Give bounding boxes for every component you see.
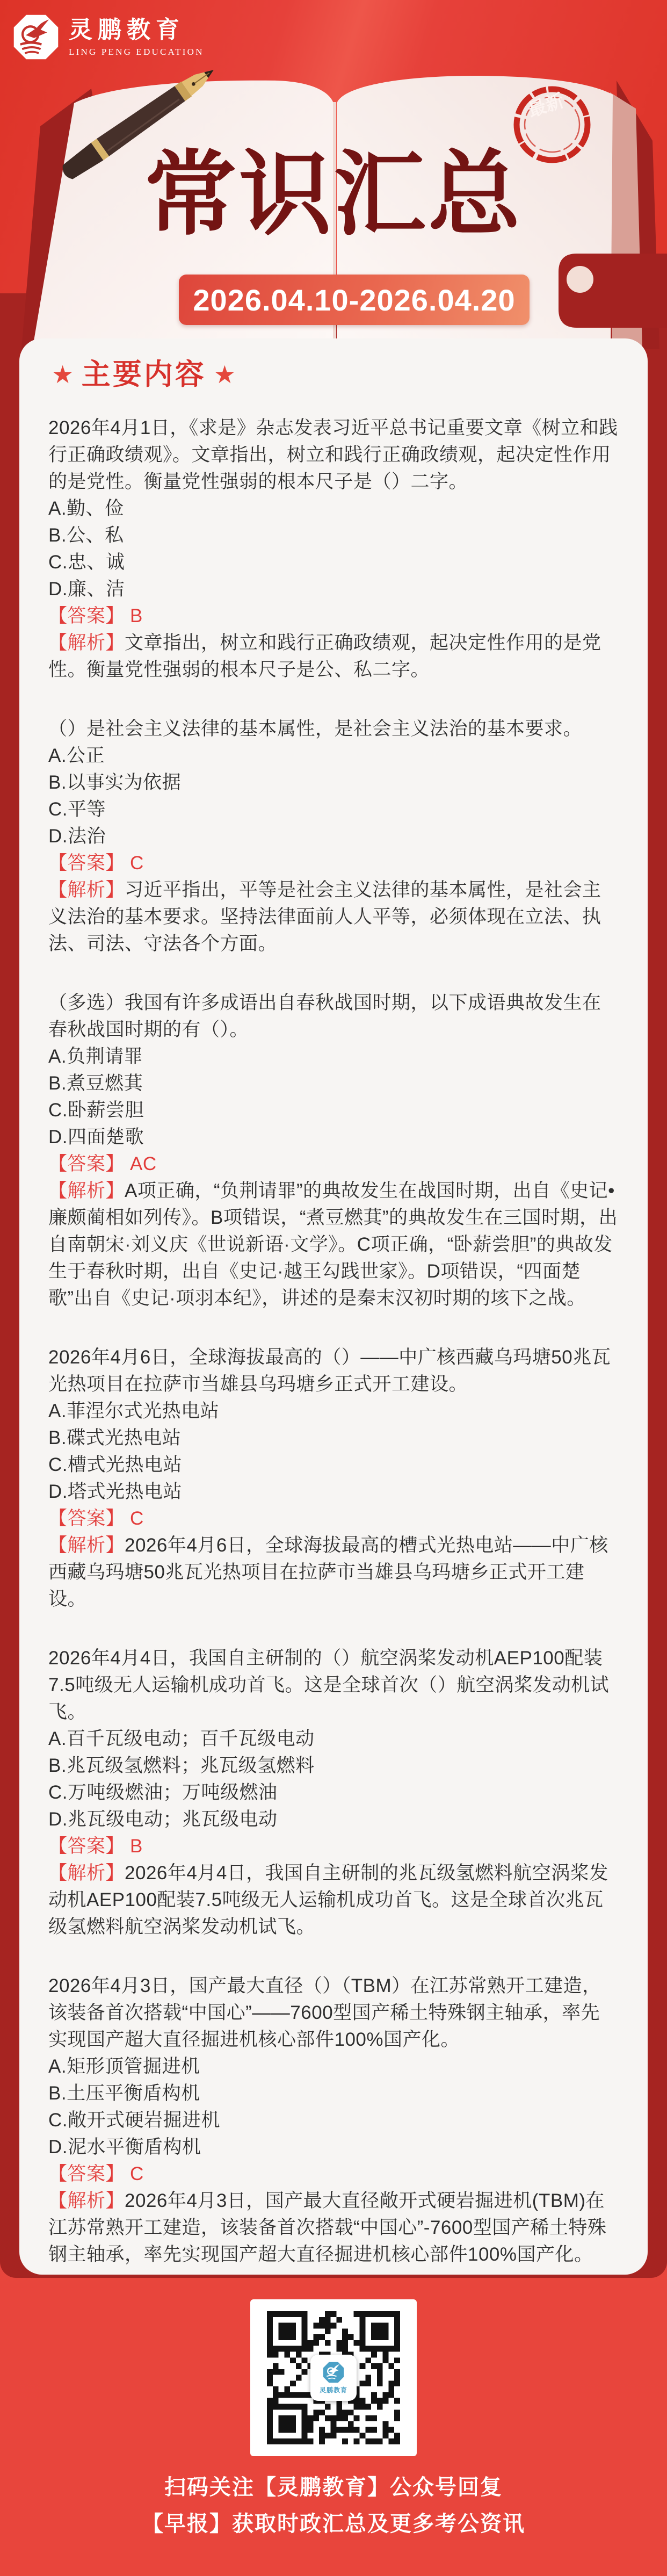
analysis-label: 【解析】 — [48, 1180, 125, 1201]
date-range-text: 2026.04.10-2026.04.20 — [193, 283, 515, 318]
question-option: A.矩形顶管掘进机 — [48, 2053, 619, 2080]
qr-card: 灵鹏教育 — [250, 2299, 417, 2456]
question-option: C.平等 — [48, 796, 619, 823]
section-header: ★ 主要内容 ★ — [52, 360, 619, 389]
question-option: A.勤、俭 — [48, 495, 619, 522]
analysis-text: 2026年4月3日，国产最大直径敞开式硬岩掘进机(TBM)在江苏常熟开工建造，该… — [48, 2190, 606, 2265]
question-option: A.公正 — [48, 742, 619, 769]
analysis-label: 【解析】 — [48, 879, 125, 900]
qr-logo-chip: 灵鹏教育 — [310, 2355, 357, 2401]
answer-line: 【答案】C — [48, 2161, 619, 2188]
qr-code: 灵鹏教育 — [267, 2311, 400, 2444]
question-option: C.槽式光热电站 — [48, 1452, 619, 1478]
answer-label: 【答案】 — [48, 853, 125, 874]
section-title: 主要内容 — [82, 360, 206, 389]
analysis-line: 【解析】习近平指出，平等是社会主义法律的基本属性，是社会主义法治的基本要求。坚持… — [48, 877, 619, 957]
question-intro: 2026年4月4日，我国自主研制的（）航空涡桨发动机AEP100配装7.5吨级无… — [48, 1645, 619, 1726]
answer-line: 【答案】C — [48, 1505, 619, 1532]
analysis-text: 文章指出，树立和践行正确政绩观，起决定性作用的是党性。衡量党性强弱的根本尺子是公… — [48, 632, 601, 680]
questions-list: 2026年4月1日，《求是》杂志发表习近平总书记重要文章《树立和践行正确政绩观》… — [48, 415, 619, 2268]
answer-value: B — [130, 605, 143, 626]
answer-label: 【答案】 — [48, 2163, 125, 2184]
question-option: B.碟式光热电站 — [48, 1425, 619, 1452]
question-option: B.公、私 — [48, 522, 619, 549]
question-intro: （多选）我国有许多成语出自春秋战国时期，以下成语典故发生在春秋战国时期的有（）。 — [48, 990, 619, 1043]
analysis-text: 习近平指出，平等是社会主义法律的基本属性，是社会主义法治的基本要求。坚持法律面前… — [48, 879, 601, 954]
date-range-badge: 2026.04.10-2026.04.20 — [179, 275, 530, 325]
analysis-text: A项正确，“负荆请罪”的典故发生在战国时期，出自《史记•廉颇蔺相如列传》。B项错… — [48, 1180, 618, 1309]
question-option: D.泥水平衡盾构机 — [48, 2134, 619, 2161]
content-card: ★ 主要内容 ★ 2026年4月1日，《求是》杂志发表习近平总书记重要文章《树立… — [19, 338, 648, 2275]
analysis-label: 【解析】 — [48, 1535, 125, 1556]
qr-logo-icon — [323, 2362, 344, 2383]
analysis-line: 【解析】A项正确，“负荆请罪”的典故发生在战国时期，出自《史记•廉颇蔺相如列传》… — [48, 1178, 619, 1312]
question-option: A.菲涅尔式光热电站 — [48, 1398, 619, 1425]
answer-label: 【答案】 — [48, 1153, 125, 1174]
answer-label: 【答案】 — [48, 1836, 125, 1857]
question-option: C.敞开式硬岩掘进机 — [48, 2107, 619, 2134]
answer-label: 【答案】 — [48, 605, 125, 626]
poster-page: { "brand": { "name": "灵鹏教育", "subtitle":… — [0, 0, 667, 2576]
analysis-line: 【解析】2026年4月6日，全球海拔最高的槽式光热电站——中广核西藏乌玛塘50兆… — [48, 1532, 619, 1613]
question-block: （）是社会主义法律的基本属性，是社会主义法治的基本要求。A.公正B.以事实为依据… — [48, 716, 619, 957]
question-option: C.万吨级燃油；万吨级燃油 — [48, 1779, 619, 1806]
question-option: D.兆瓦级电动；兆瓦级电动 — [48, 1806, 619, 1833]
answer-line: 【答案】C — [48, 850, 619, 877]
page-title: 常识汇总 — [0, 144, 667, 246]
footer-caption: 扫码关注【灵鹏教育】公众号回复 【早报】获取时政汇总及更多考公资讯 — [0, 2469, 667, 2542]
question-intro: 2026年4月6日，全球海拔最高的（）——中广核西藏乌玛塘50兆瓦光热项目在拉萨… — [48, 1344, 619, 1398]
analysis-label: 【解析】 — [48, 632, 125, 653]
answer-label: 【答案】 — [48, 1508, 125, 1529]
question-option: B.煮豆燃萁 — [48, 1070, 619, 1097]
question-block: （多选）我国有许多成语出自春秋战国时期，以下成语典故发生在春秋战国时期的有（）。… — [48, 990, 619, 1312]
brand-header: 灵鹏教育 LING PENG EDUCATION — [13, 14, 204, 60]
question-option: D.法治 — [48, 823, 619, 850]
analysis-label: 【解析】 — [48, 1863, 125, 1884]
question-option: D.廉、洁 — [48, 576, 619, 603]
question-intro: 2026年4月1日，《求是》杂志发表习近平总书记重要文章《树立和践行正确政绩观》… — [48, 415, 619, 495]
question-option: B.以事实为依据 — [48, 769, 619, 796]
brand-subtitle: LING PENG EDUCATION — [69, 47, 204, 57]
analysis-line: 【解析】2026年4月3日，国产最大直径敞开式硬岩掘进机(TBM)在江苏常熟开工… — [48, 2188, 619, 2268]
answer-line: 【答案】B — [48, 1833, 619, 1860]
footer-line2: 【早报】获取时政汇总及更多考公资讯 — [0, 2506, 667, 2542]
brand-bird-logo-icon — [13, 14, 59, 60]
question-option: A.负荆请罪 — [48, 1043, 619, 1070]
question-option: D.四面楚歌 — [48, 1124, 619, 1151]
question-intro: 2026年4月3日，国产最大直径（）（TBM）在江苏常熟开工建造，该装备首次搭载… — [48, 1973, 619, 2053]
question-option: C.卧薪尝胆 — [48, 1097, 619, 1124]
question-block: 2026年4月3日，国产最大直径（）（TBM）在江苏常熟开工建造，该装备首次搭载… — [48, 1973, 619, 2268]
question-option: C.忠、诚 — [48, 549, 619, 576]
analysis-text: 2026年4月6日，全球海拔最高的槽式光热电站——中广核西藏乌玛塘50兆瓦光热项… — [48, 1535, 608, 1610]
answer-value: C — [130, 1508, 144, 1529]
analysis-text: 2026年4月4日，我国自主研制的兆瓦级氢燃料航空涡桨发动机AEP100配装7.… — [48, 1863, 608, 1937]
star-icon: ★ — [214, 362, 236, 387]
brand-name: 灵鹏教育 — [69, 17, 204, 44]
question-option: D.塔式光热电站 — [48, 1478, 619, 1505]
answer-value: AC — [130, 1153, 157, 1174]
analysis-line: 【解析】2026年4月4日，我国自主研制的兆瓦级氢燃料航空涡桨发动机AEP100… — [48, 1860, 619, 1940]
answer-line: 【答案】B — [48, 603, 619, 630]
question-option: A.百千瓦级电动；百千瓦级电动 — [48, 1726, 619, 1752]
question-block: 2026年4月6日，全球海拔最高的（）——中广核西藏乌玛塘50兆瓦光热项目在拉萨… — [48, 1344, 619, 1613]
question-option: B.兆瓦级氢燃料；兆瓦级氢燃料 — [48, 1752, 619, 1779]
question-intro: （）是社会主义法律的基本属性，是社会主义法治的基本要求。 — [48, 716, 619, 742]
answer-value: C — [130, 853, 144, 874]
qr-logo-text: 灵鹏教育 — [320, 2385, 347, 2394]
question-option: B.土压平衡盾构机 — [48, 2080, 619, 2107]
answer-value: B — [130, 1836, 143, 1857]
footer-line1: 扫码关注【灵鹏教育】公众号回复 — [0, 2469, 667, 2506]
answer-value: C — [130, 2163, 144, 2184]
star-icon: ★ — [52, 362, 74, 387]
analysis-label: 【解析】 — [48, 2190, 125, 2211]
question-block: 2026年4月1日，《求是》杂志发表习近平总书记重要文章《树立和践行正确政绩观》… — [48, 415, 619, 683]
question-block: 2026年4月4日，我国自主研制的（）航空涡桨发动机AEP100配装7.5吨级无… — [48, 1645, 619, 1940]
analysis-line: 【解析】文章指出，树立和践行正确政绩观，起决定性作用的是党性。衡量党性强弱的根本… — [48, 630, 619, 683]
answer-line: 【答案】AC — [48, 1151, 619, 1178]
